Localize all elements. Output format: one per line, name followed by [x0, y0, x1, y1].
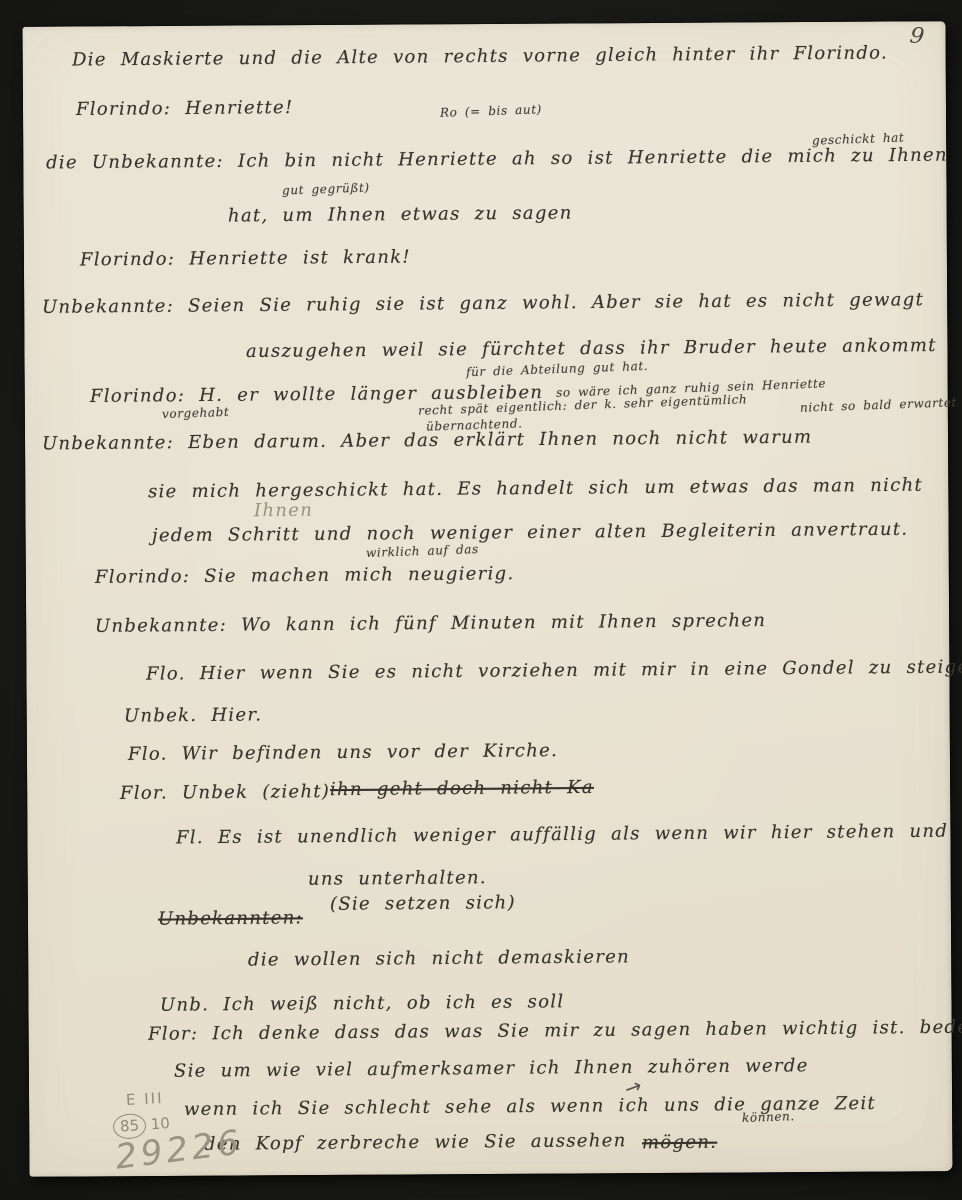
manuscript-line: uns unterhalten.	[308, 867, 487, 890]
manuscript-line: Flor. Unbek (zieht)	[120, 781, 330, 804]
struck-through-text: mögen.	[642, 1132, 717, 1154]
interlinear-annotation: vorgehabt	[162, 405, 230, 421]
manuscript-line: Florindo: Henriette ist krank!	[80, 247, 411, 271]
struck-through-text: ihn geht doch nicht Ka	[330, 777, 594, 800]
manuscript-line: (Sie setzen sich)	[330, 892, 516, 915]
interlinear-annotation: können.	[742, 1109, 795, 1125]
manuscript-line: hat, um Ihnen etwas zu sagen	[228, 202, 573, 226]
struck-through-text: Unbekannten:	[158, 907, 303, 929]
manuscript-line: Unb. Ich weiß nicht, ob ich es soll	[160, 991, 565, 1016]
archive-series-mark: E III	[126, 1089, 164, 1109]
manuscript-line: Florindo: Henriette!	[76, 97, 294, 120]
scan-stage: 9 Die Maskierte und die Alte von rechts …	[0, 0, 962, 1200]
manuscript-line: Florindo: Sie machen mich neugierig.	[95, 563, 515, 588]
manuscript-line: den Kopf zerbreche wie Sie aussehen	[204, 1130, 627, 1155]
manuscript-line: die wollen sich nicht demaskieren	[248, 946, 630, 970]
manuscript-line: Flo. Wir befinden uns vor der Kirche.	[128, 740, 558, 765]
pencil-annotation: Ihnen	[254, 500, 313, 522]
manuscript-line: Unbek. Hier.	[124, 704, 263, 726]
